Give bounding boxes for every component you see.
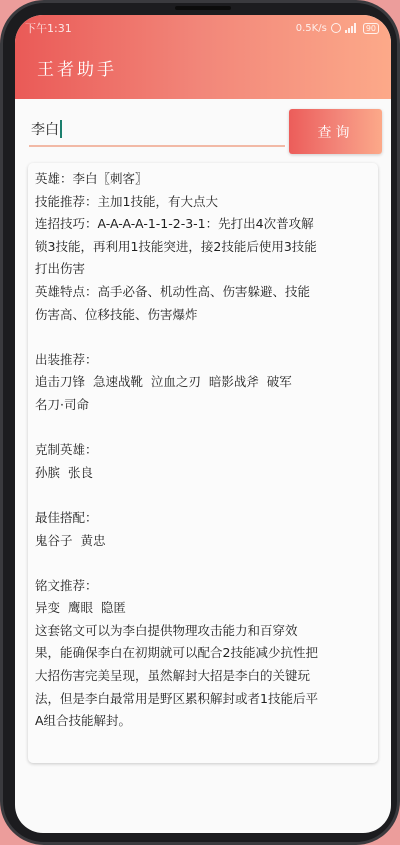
status-icons: 0.5K/s 90 [296, 23, 379, 34]
result-line: 锁3技能，再利用1技能突进，接2技能后使用3技能 [35, 236, 372, 259]
result-line: 最佳搭配： [35, 507, 372, 530]
battery-icon: 90 [363, 23, 379, 34]
result-line: 异变 鹰眼 隐匿 [35, 597, 372, 620]
result-line: 这套铭文可以为李白提供物理攻击能力和百穿效 [35, 620, 372, 643]
app-screen: 下午1:31 0.5K/s 90 王者助手 李白 查询 英雄：李白〖刺客〗技能推… [15, 15, 391, 833]
status-time: 下午1:31 [25, 20, 72, 36]
result-line: 出装推荐： [35, 349, 372, 372]
query-button[interactable]: 查询 [289, 109, 382, 154]
result-line: 打出伤害 [35, 258, 372, 281]
alarm-icon [331, 23, 341, 33]
result-card: 英雄：李白〖刺客〗技能推荐：主加1技能，有大点大连招技巧：A-A-A-A-1-1… [28, 163, 378, 763]
result-line: 英雄：李白〖刺客〗 [35, 168, 372, 191]
result-line [35, 417, 372, 440]
camera-notch [175, 6, 231, 10]
result-line: 法，但是李白最常用是野区累积解封或者1技能后平 [35, 688, 372, 711]
search-row: 李白 查询 [15, 99, 391, 165]
search-input-value: 李白 [31, 119, 59, 139]
result-line: 大招伤害完美呈现，虽然解封大招是李白的关键玩 [35, 665, 372, 688]
status-bar: 下午1:31 0.5K/s 90 [15, 15, 391, 41]
result-line: 追击刀锋 急速战靴 泣血之刃 暗影战斧 破军 [35, 371, 372, 394]
result-line [35, 326, 372, 349]
result-line: 名刀·司命 [35, 394, 372, 417]
text-caret [60, 120, 62, 138]
signal-icon [345, 23, 356, 33]
result-line: 技能推荐：主加1技能，有大点大 [35, 191, 372, 214]
result-line: 铭文推荐： [35, 575, 372, 598]
result-line [35, 484, 372, 507]
result-line: 果，能确保李白在初期就可以配合2技能减少抗性把 [35, 642, 372, 665]
result-line [35, 552, 372, 575]
result-line: 伤害高、位移技能、伤害爆炸 [35, 304, 372, 327]
hero-search-input[interactable]: 李白 [29, 113, 285, 147]
result-line: 英雄特点：高手必备、机动性高、伤害躲避、技能 [35, 281, 372, 304]
result-line: 孙膑 张良 [35, 462, 372, 485]
result-line: 鬼谷子 黄忠 [35, 530, 372, 553]
network-speed: 0.5K/s [296, 23, 327, 34]
app-title: 王者助手 [37, 55, 117, 80]
result-line: 克制英雄： [35, 439, 372, 462]
app-bar: 下午1:31 0.5K/s 90 王者助手 [15, 15, 391, 99]
result-line: 连招技巧：A-A-A-A-1-1-2-3-1：先打出4次普攻解 [35, 213, 372, 236]
phone-frame: 下午1:31 0.5K/s 90 王者助手 李白 查询 英雄：李白〖刺客〗技能推… [0, 0, 400, 845]
result-line: A组合技能解封。 [35, 710, 372, 733]
